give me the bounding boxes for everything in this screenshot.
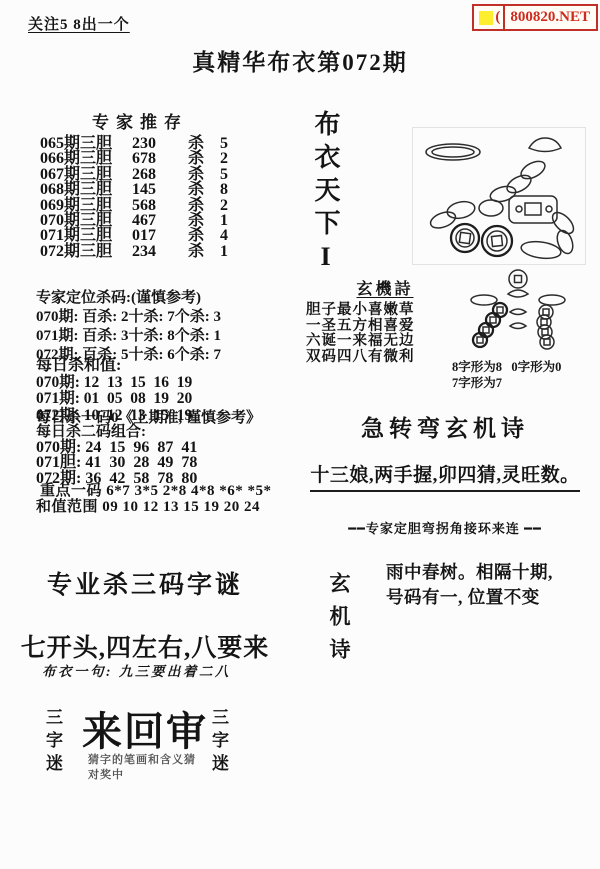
caption-line: 7字形为7 [452,376,561,392]
mystery-poem-lines: 胆子最小喜嫩草 一圣五方相喜爱 六诞一来福无边 双码四八有微利 [306,303,464,365]
row-period: 066期三胆 [40,151,132,166]
row-period: 068期三胆 [40,182,132,197]
poem-line: 胆子最小喜嫩草 [306,303,464,319]
row-numbers: 234 [132,244,188,259]
section-title: 每日杀二码组合: [36,425,197,440]
table-row: 067期三胆268杀 5 [40,167,244,182]
riddle-note-line2: 对奖中 [88,768,196,783]
row-kill: 杀 2 [188,198,244,213]
table-row: 068期三胆145杀 8 [40,182,244,197]
row-kill: 杀 8 [188,182,244,197]
row-numbers: 230 [132,136,188,151]
sum-range-line: 和值范围 09 10 12 13 15 19 20 24 [36,495,260,516]
row-kill: 杀 4 [188,228,244,243]
row-numbers: 678 [132,151,188,166]
bottom-right-poem-lines: 雨中春树。相隔十期, 号码有一, 位置不变 [386,560,553,610]
bottom-right-poem-vertical-title: 玄机诗 [328,572,349,671]
row-period: 067期三胆 [40,167,132,182]
three-char-riddle-left-label: 三字迷 [40,708,65,777]
list-item: 071期: 百杀: 3十杀: 8个杀: 1 [36,327,221,346]
expert-recommend-title: 专家推存 [30,108,250,133]
table-row: 072期三胆234杀 1 [40,244,244,259]
focus-note: 关注5 8出一个 [28,13,130,34]
expert-recommend-table: 065期三胆230杀 5 066期三胆678杀 2 067期三胆268杀 5 0… [40,136,244,259]
buyi-sentence: 布衣一句: 九三要出着二八 [42,660,231,680]
poem-line: 双码四八有微利 [306,350,464,366]
row-numbers: 017 [132,228,188,243]
row-numbers: 568 [132,198,188,213]
riddle-note: 猜字的笔画和含义猜 对奖中 [88,753,196,783]
three-char-riddle-chars: 来回审 [82,700,208,757]
logo-domain[interactable]: 800820.NET [503,6,596,29]
row-period: 069期三胆 [40,198,132,213]
riddle-note-line1: 猜字的笔画和含义猜 [88,753,196,768]
mystery-poem-title: 玄機詩 [306,276,464,299]
coin-fu-drawing [413,128,585,264]
buyi-sheet-page: 关注5 8出一个 ( 800820.NET 真精华布衣第072期 专家推存 06… [0,0,600,869]
section-title: 专家定位杀码:(谨慎参考) [36,289,221,308]
row-kill: 杀 2 [188,151,244,166]
section-title: 每日杀和值: [36,358,192,375]
logo-prefix: ( [495,9,500,26]
coin-figure-main [412,127,586,265]
mystery-poem-section: 玄機詩 胆子最小喜嫩草 一圣五方相喜爱 六诞一来福无边 双码四八有微利 [306,276,464,365]
poem-line: 一圣五方相喜爱 [306,319,464,335]
sharp-turn-line-wrap: 十三娘,两手握,卯四猜,灵旺数。 [300,460,590,492]
list-item: 071胆: 41 30 28 49 78 [36,455,197,470]
coin-figure-caption: 8字形为8 0字形为0 7字形为7 [452,360,561,391]
coin-figure-small [466,268,570,356]
buyi-world-vertical-title: 布衣天下I [312,110,338,278]
logo-left-cell: ( [474,6,503,29]
row-numbers: 268 [132,167,188,182]
site-logo[interactable]: ( 800820.NET [472,4,598,31]
poem-line: 六诞一来福无边 [306,334,464,350]
sharp-turn-line: 十三娘,两手握,卯四猜,灵旺数。 [310,460,579,492]
poem-line: 号码有一, 位置不变 [386,585,553,610]
row-period: 071期三胆 [40,228,132,243]
list-item: 070期: 12 13 15 16 19 [36,375,192,392]
kill-three-line: 七开头,四左右,八要来 [15,628,275,664]
position-kill-section: 专家定位杀码:(谨慎参考) 070期: 百杀: 2十杀: 7个杀: 3 071期… [36,289,221,365]
poem-line: 雨中春树。相隔十期, [386,560,553,585]
page-title: 真精华布衣第072期 [0,44,600,77]
row-kill: 杀 5 [188,167,244,182]
row-period: 072期三胆 [40,244,132,259]
list-item: 070期: 百杀: 2十杀: 7个杀: 3 [36,308,221,327]
caption-line: 8字形为8 0字形为0 [452,360,561,376]
row-kill: 杀 1 [188,244,244,259]
sharp-turn-title: 急转弯玄机诗 [300,410,590,443]
row-numbers: 145 [132,182,188,197]
sharp-turn-note: ━━专家定胆弯拐角接环来连 ━━ [300,518,590,537]
coin-arch-drawing [466,268,570,356]
table-row: 066期三胆678杀 2 [40,151,244,166]
kill-three-title: 专业杀三码字谜 [20,565,270,601]
three-char-riddle-right-label: 三字迷 [206,708,231,777]
yellow-square-icon [479,11,493,25]
table-row: 069期三胆568杀 2 [40,198,244,213]
table-row: 071期三胆017杀 4 [40,228,244,243]
row-numbers: 467 [132,213,188,228]
daily-two-combo-section: 每日杀二码组合: 070期: 24 15 96 87 41 071胆: 41 3… [36,425,197,486]
